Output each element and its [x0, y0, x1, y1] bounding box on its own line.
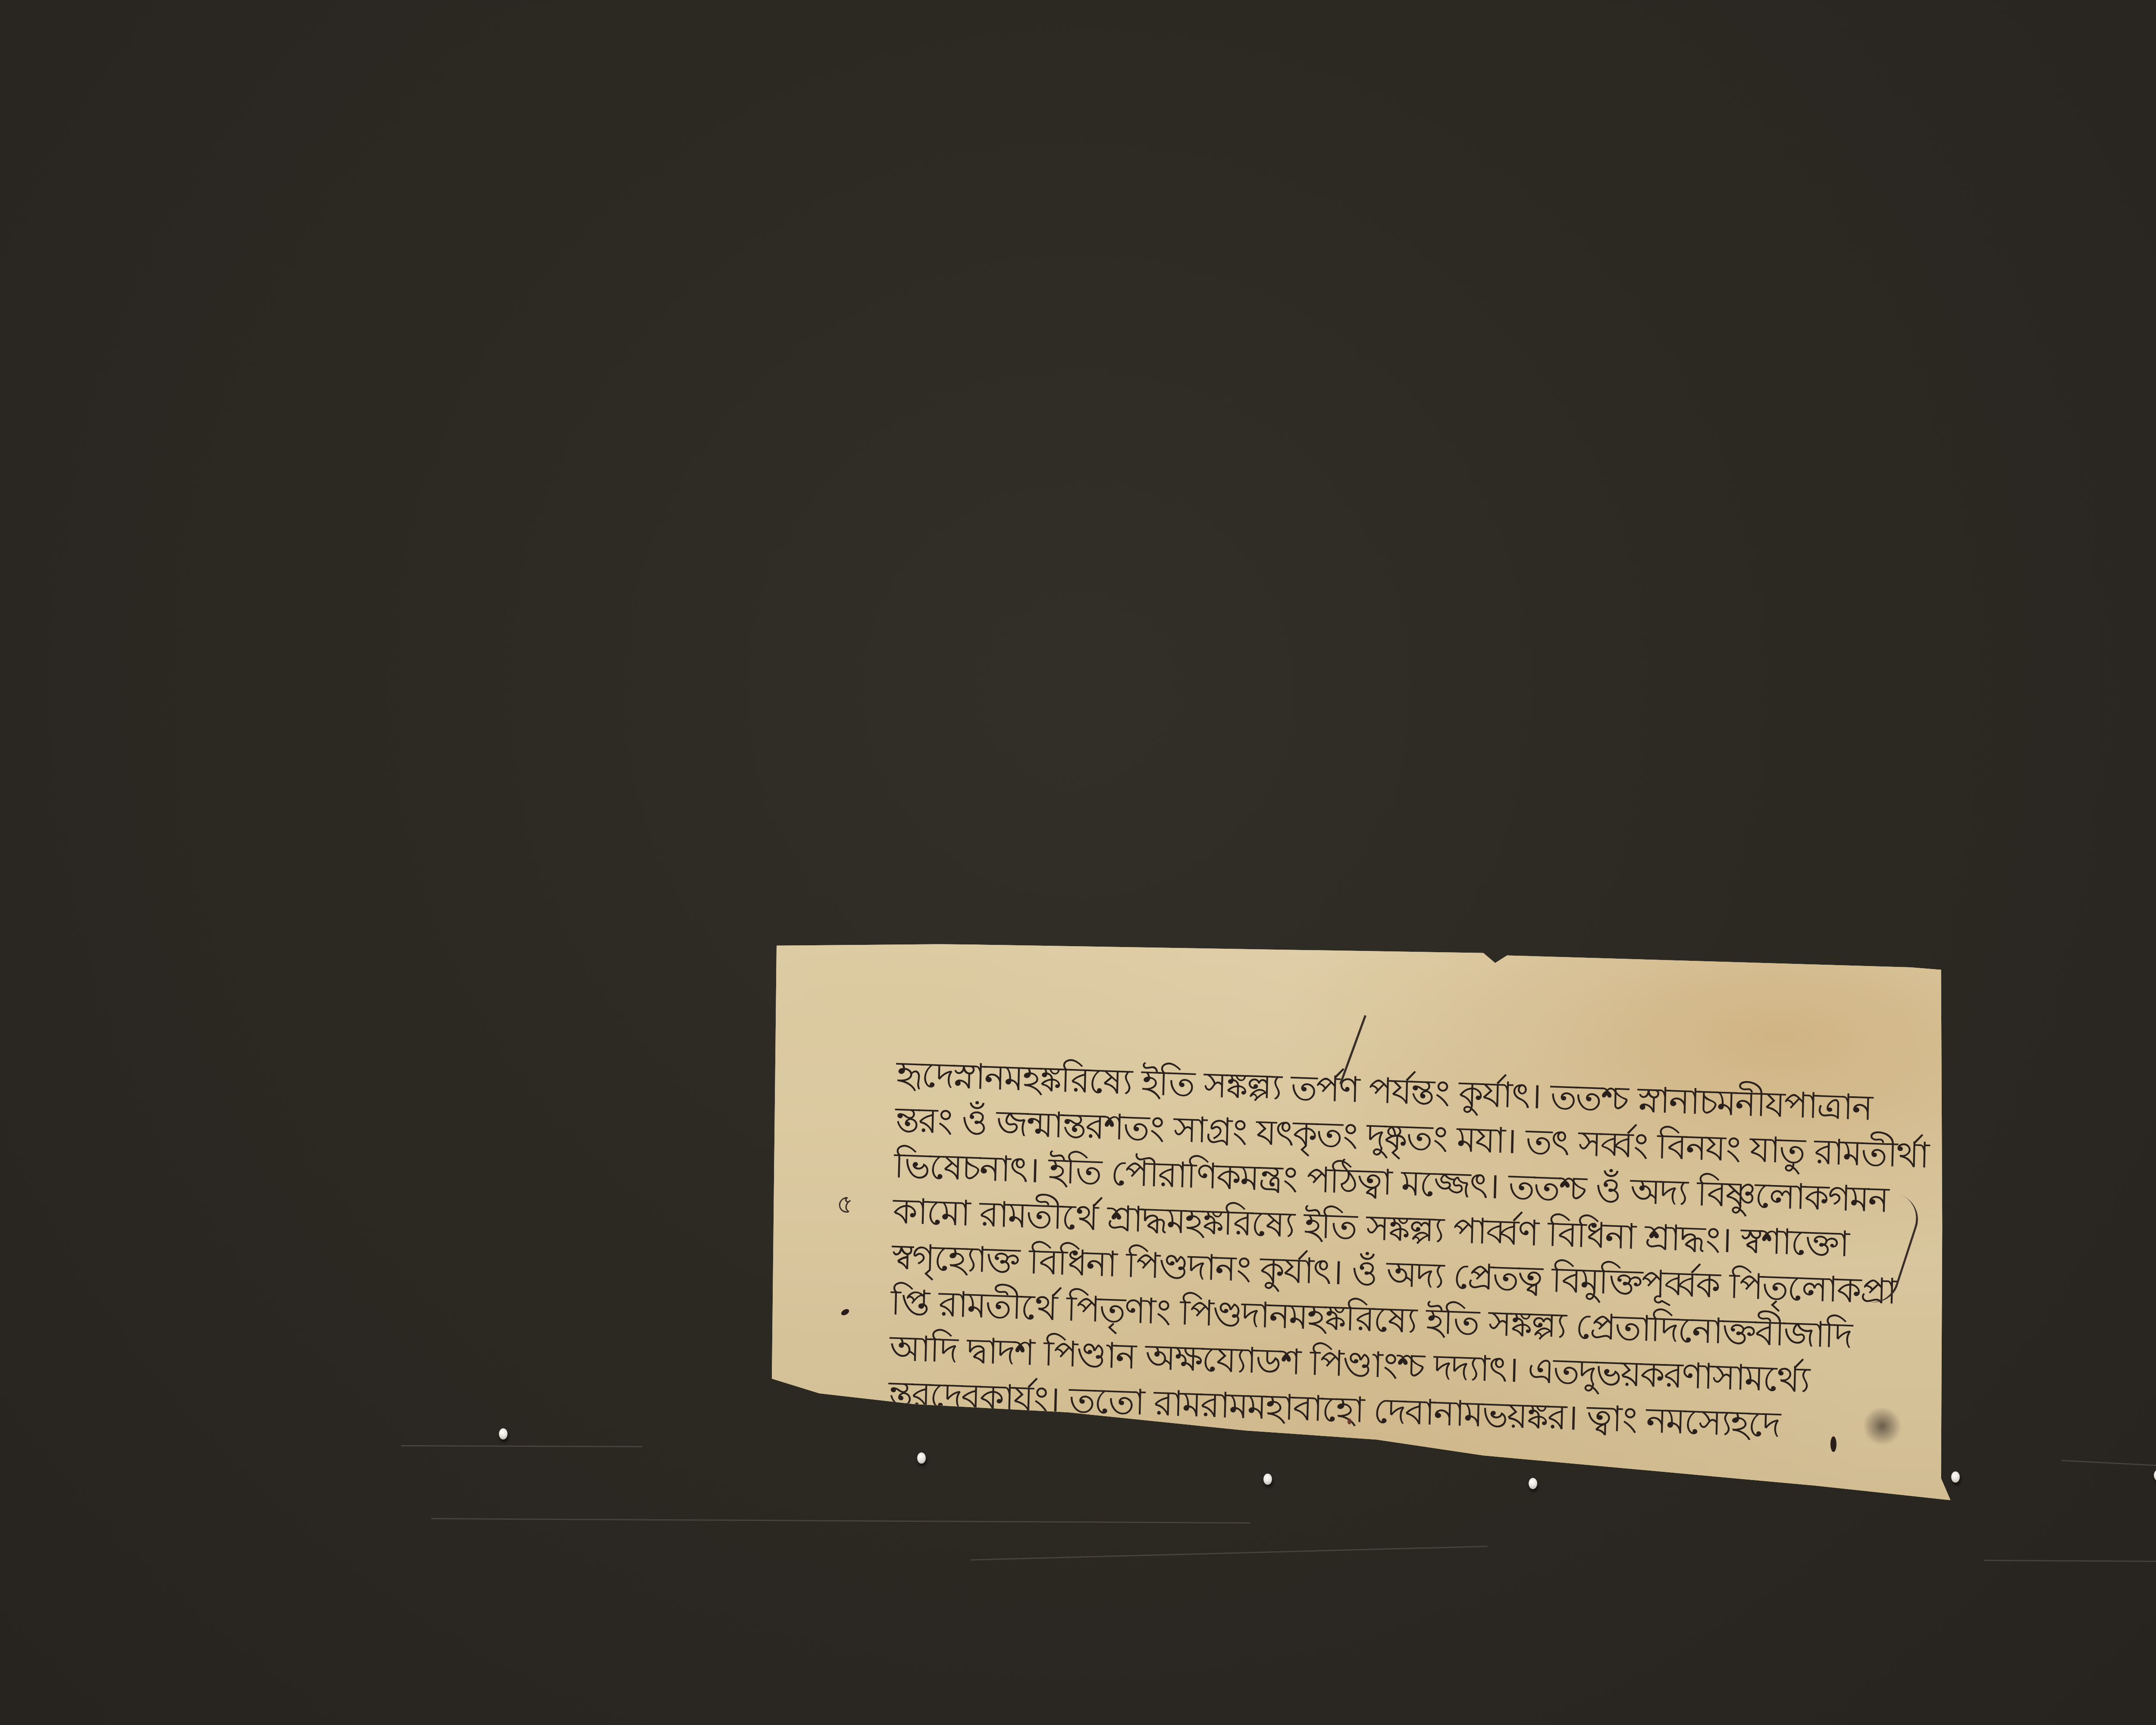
board-scratch — [401, 1445, 642, 1447]
mounting-pin — [917, 1452, 926, 1464]
margin-folio-number: ৫ — [837, 1185, 853, 1228]
board-scratch — [1984, 1560, 2156, 1564]
ink-smudge — [1863, 1406, 1902, 1446]
board-scratch — [431, 1518, 1250, 1524]
board-scratch — [2061, 1460, 2156, 1470]
mounting-pin — [1529, 1478, 1537, 1489]
mounting-pin — [1263, 1474, 1272, 1485]
board-scratch — [970, 1546, 1488, 1560]
mounting-pin — [2154, 1470, 2156, 1481]
mounting-pin — [499, 1428, 508, 1440]
mounting-pin — [1951, 1471, 1960, 1483]
ink-spot — [840, 1308, 850, 1317]
ink-spot — [1347, 1418, 1351, 1424]
manuscript-text: হৃদেস্নানমহঙ্করিষ্যে ইতি সঙ্কল্প্য তর্পণ… — [888, 1051, 1888, 1452]
ink-spot — [1830, 1436, 1836, 1452]
